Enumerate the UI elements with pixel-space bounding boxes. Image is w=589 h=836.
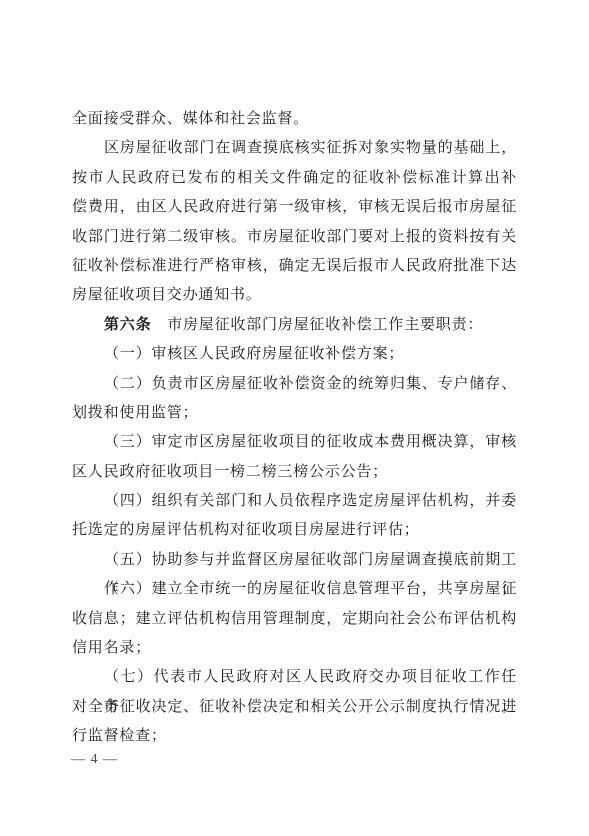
text-line: （六）建立全市统一的房屋征收信息管理平台，共享房屋征 xyxy=(72,575,517,604)
document-page: 全面接受群众、媒体和社会监督。区房屋征收部门在调查摸底核实征拆对象实物量的基础上… xyxy=(0,0,589,836)
text-line: 收部门进行第二级审核。市房屋征收部门要对上报的资料按有关 xyxy=(72,223,517,252)
text-line: 房屋征收项目交办通知书。 xyxy=(72,281,517,310)
article-number: 第六条 xyxy=(104,317,151,333)
text-line: （三）审定市区房屋征收项目的征收成本费用概决算，审核 xyxy=(72,428,517,457)
text-line: （七）代表市人民政府对区人民政府交办项目征收工作任务； xyxy=(72,663,517,692)
text-line: （四）组织有关部门和人员依程序选定房屋评估机构，并委 xyxy=(72,487,517,516)
text-line: 全面接受群众、媒体和社会监督。 xyxy=(72,105,517,134)
text-line: 对全市征收决定、征收补偿决定和相关公开公示制度执行情况进 xyxy=(72,693,517,722)
text-line: 区房屋征收部门在调查摸底核实征拆对象实物量的基础上， xyxy=(72,134,517,163)
article-title-text: 市房屋征收部门房屋征收补偿工作主要职责： xyxy=(151,317,483,333)
text-line: 区人民政府征收项目一榜二榜三榜公示公告； xyxy=(72,458,517,487)
text-line: 划拨和使用监管； xyxy=(72,399,517,428)
text-line: （五）协助参与并监督区房屋征收部门房屋调查摸底前期工作； xyxy=(72,546,517,575)
text-line: 征收补偿标准进行严格审核，确定无误后报市人民政府批准下达 xyxy=(72,252,517,281)
text-line: 收信息；建立评估机构信用管理制度，定期向社会公布评估机构 xyxy=(72,605,517,634)
text-line: 托选定的房屋评估机构对征收项目房屋进行评估； xyxy=(72,516,517,545)
text-line: （二）负责市区房屋征收补偿资金的统筹归集、专户储存、 xyxy=(72,370,517,399)
text-line: 按市人民政府已发布的相关文件确定的征收补偿标准计算出补 xyxy=(72,164,517,193)
article-heading-line: 第六条 市房屋征收部门房屋征收补偿工作主要职责： xyxy=(72,311,517,340)
text-line: 行监督检查； xyxy=(72,722,517,751)
text-line: （一）审核区人民政府房屋征收补偿方案； xyxy=(72,340,517,369)
text-line: 信用名录； xyxy=(72,634,517,663)
document-body: 全面接受群众、媒体和社会监督。区房屋征收部门在调查摸底核实征拆对象实物量的基础上… xyxy=(72,105,517,752)
page-number: — 4 — xyxy=(71,751,118,769)
text-line: 偿费用，由区人民政府进行第一级审核，审核无误后报市房屋征 xyxy=(72,193,517,222)
